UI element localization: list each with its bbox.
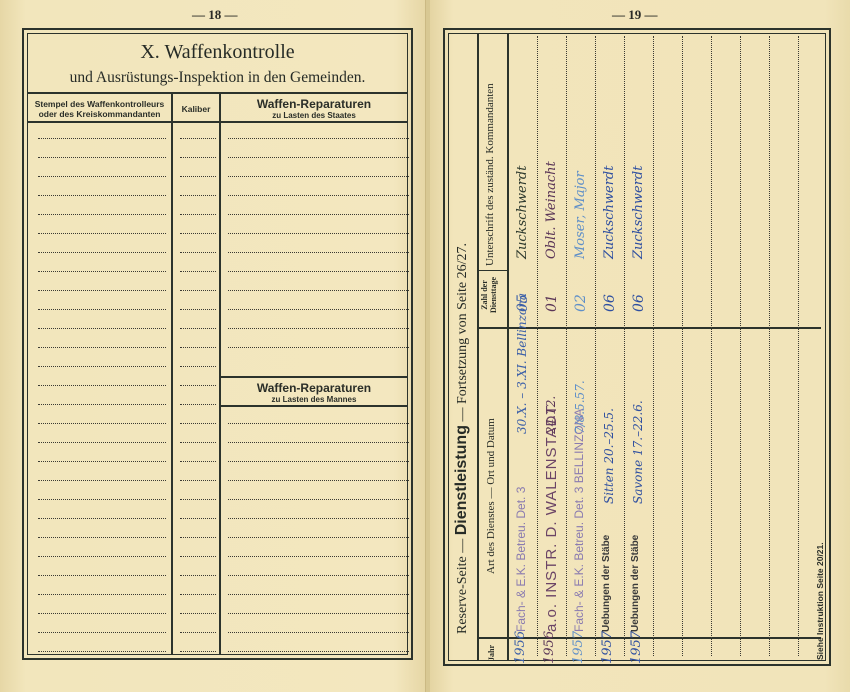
entry-signature: Zuckschwerdt: [602, 166, 617, 259]
dotted-line: [38, 366, 166, 367]
dotted-column-line: [769, 36, 770, 656]
entry-signature: Moser, Major: [573, 171, 588, 259]
dotted-line: [228, 518, 409, 519]
entry-place-date: Savone 17.–22.6.: [631, 400, 645, 504]
dotted-line: [180, 556, 216, 557]
dotted-column-line: [711, 36, 712, 656]
dotted-line: [228, 309, 409, 310]
dotted-line: [180, 214, 216, 215]
column-header-repairs-man: Waffen-Reparaturen zu Lasten des Mannes: [221, 381, 407, 405]
entry-place-date: 24.12.: [544, 396, 558, 434]
book-gutter: [425, 0, 430, 692]
dotted-line: [228, 157, 409, 158]
column-header-repairs-state: Waffen-Reparaturen zu Lasten des Staates: [221, 97, 407, 121]
repairs-man-top-rule: [221, 376, 407, 378]
dotted-line: [180, 176, 216, 177]
dotted-line: [38, 252, 166, 253]
page-number-right: — 19 —: [612, 7, 658, 23]
entry-days: 05: [515, 294, 531, 312]
dotted-line: [228, 271, 409, 272]
dotted-line: [38, 461, 166, 462]
dotted-line: [180, 651, 216, 652]
dotted-line: [180, 138, 216, 139]
dotted-line: [180, 499, 216, 500]
dotted-line: [228, 138, 409, 139]
dotted-line: [228, 233, 409, 234]
dotted-line: [228, 651, 409, 652]
service-record-table: Reserve-Seite — Dienstleistung — Fortset…: [443, 28, 831, 666]
column-header-signature: Unterschrift des zuständ. Kommandanten: [484, 83, 496, 266]
dotted-line: [180, 366, 216, 367]
dotted-line: [180, 461, 216, 462]
dotted-line: [38, 233, 166, 234]
column-divider-1: [171, 92, 173, 654]
entry-signature: Zuckschwerdt: [515, 166, 530, 259]
dotted-line: [228, 347, 409, 348]
dotted-line: [228, 499, 409, 500]
dotted-line: [228, 423, 409, 424]
column-header-caliber: Kaliber: [173, 104, 219, 114]
stamp-header-line2: oder des Kreiskommandanten: [28, 109, 171, 119]
dotted-line: [180, 290, 216, 291]
dotted-line: [180, 404, 216, 405]
dotted-column-line: [653, 36, 654, 656]
entry-signature: Zuckschwerdt: [631, 166, 646, 259]
entry-days: 06: [631, 294, 647, 312]
dotted-line: [38, 613, 166, 614]
dotted-line: [180, 537, 216, 538]
dotted-column-line: [595, 36, 596, 656]
column-divider-2: [219, 92, 221, 654]
dotted-line: [38, 404, 166, 405]
dotted-line: [228, 594, 409, 595]
dotted-line: [180, 347, 216, 348]
dotted-line: [38, 176, 166, 177]
days-header-line2: Diensttage: [489, 268, 498, 322]
dotted-line: [228, 176, 409, 177]
service-title: Reserve-Seite — Dienstleistung — Fortset…: [453, 243, 471, 634]
dotted-line: [38, 499, 166, 500]
dotted-line: [180, 233, 216, 234]
column-header-days: Zahl der Diensttage: [480, 268, 498, 322]
column-header-stamp: Stempel des Waffenkontrolleurs oder des …: [28, 99, 171, 119]
section-subtitle: und Ausrüstungs-Inspektion in den Gemein…: [28, 69, 407, 87]
dotted-line: [180, 385, 216, 386]
dotted-column-line: [798, 36, 799, 656]
repairs-man-subtitle: zu Lasten des Mannes: [221, 395, 407, 405]
dotted-line: [180, 632, 216, 633]
entry-service-type: Uebungen der Stäbe: [601, 535, 612, 632]
dotted-line: [38, 632, 166, 633]
header-top-rule: [28, 92, 407, 94]
entry-days: 02: [573, 294, 589, 312]
column-header-service: Art des Dienstes — Ort und Datum: [485, 418, 497, 574]
dotted-line: [38, 214, 166, 215]
dotted-line: [38, 195, 166, 196]
dotted-column-line: [682, 36, 683, 656]
dotted-line: [38, 309, 166, 310]
dotted-line: [38, 556, 166, 557]
dotted-line: [228, 556, 409, 557]
dotted-line: [228, 328, 409, 329]
section-title: X. Waffenkontrolle: [28, 41, 407, 64]
dotted-line: [38, 442, 166, 443]
entry-year: 1957: [629, 631, 644, 664]
dotted-column-line: [566, 36, 567, 656]
entry-year: 1957: [600, 631, 615, 664]
dotted-line: [38, 290, 166, 291]
dotted-line: [38, 651, 166, 652]
dotted-line: [38, 328, 166, 329]
dotted-line: [180, 157, 216, 158]
dotted-line: [228, 575, 409, 576]
title-strip-rule: [477, 34, 479, 660]
column-header-year: Jahr: [487, 645, 496, 661]
stamp-header-line1: Stempel des Waffenkontrolleurs: [28, 99, 171, 109]
entry-place-date: Sitten 20.–25.5.: [602, 408, 616, 504]
dotted-line: [228, 537, 409, 538]
title-main: Dienstleistung: [453, 425, 470, 535]
dotted-line: [228, 632, 409, 633]
entry-place-date: 30.X. – 3.XI. Bellinzona: [515, 293, 529, 434]
entry-signature: Oblt. Weinacht: [544, 161, 559, 259]
dotted-line: [228, 195, 409, 196]
dotted-line: [180, 480, 216, 481]
dotted-line: [180, 309, 216, 310]
footnote-instruction: Siehe Instruktion Seite 20/21.: [815, 542, 825, 660]
dotted-line: [38, 594, 166, 595]
dotted-line: [38, 575, 166, 576]
dotted-line: [38, 537, 166, 538]
repairs-state-title: Waffen-Reparaturen: [221, 97, 407, 111]
entry-year: 1956: [542, 631, 557, 664]
entry-service-type: Uebungen der Stäbe: [630, 535, 641, 632]
repairs-man-bottom-rule: [221, 405, 407, 407]
dotted-line: [38, 347, 166, 348]
entry-year: 1956: [513, 631, 528, 664]
dotted-line: [180, 594, 216, 595]
dotted-line: [180, 613, 216, 614]
dotted-line: [180, 518, 216, 519]
inner-border: Reserve-Seite — Dienstleistung — Fortset…: [448, 33, 826, 661]
header-strip-rule: [507, 34, 509, 660]
dotted-line: [38, 518, 166, 519]
entry-service-type: Fach- & E.K. Betreu. Det. 3 BELLINZONA: [572, 409, 586, 632]
dotted-line: [180, 423, 216, 424]
entry-service-type: Fach- & E.K. Betreu. Det. 3: [514, 487, 528, 632]
entry-service-type: a.o. INSTR. D. WALENSTADT: [543, 404, 560, 632]
dotted-line: [180, 442, 216, 443]
days-header-line1: Zahl der: [480, 268, 489, 322]
dotted-line: [228, 290, 409, 291]
dotted-line: [180, 328, 216, 329]
dotted-line: [228, 461, 409, 462]
entry-year: 1957: [571, 631, 586, 664]
dotted-column-line: [537, 36, 538, 656]
dotted-line: [180, 575, 216, 576]
dotted-line: [228, 442, 409, 443]
header-bottom-rule: [28, 121, 407, 123]
weapon-control-table: X. Waffenkontrolle und Ausrüstungs-Inspe…: [22, 28, 413, 660]
repairs-state-subtitle: zu Lasten des Staates: [221, 111, 407, 121]
entry-days: 06: [602, 294, 618, 312]
dotted-column-line: [624, 36, 625, 656]
dotted-line: [38, 423, 166, 424]
repairs-man-title: Waffen-Reparaturen: [221, 381, 407, 395]
title-prefix: Reserve-Seite —: [455, 539, 470, 634]
dotted-line: [228, 252, 409, 253]
dotted-line: [180, 195, 216, 196]
dotted-line: [38, 157, 166, 158]
dotted-line: [180, 271, 216, 272]
dotted-line: [228, 613, 409, 614]
dotted-line: [38, 480, 166, 481]
dotted-column-line: [740, 36, 741, 656]
inner-border: X. Waffenkontrolle und Ausrüstungs-Inspe…: [27, 33, 408, 655]
dotted-line: [38, 271, 166, 272]
entry-place-date: 7/8.5.57.: [573, 380, 587, 434]
page-number-left: — 18 —: [192, 7, 238, 23]
dotted-line: [180, 252, 216, 253]
dotted-line: [38, 138, 166, 139]
dotted-line: [228, 214, 409, 215]
entry-days: 01: [544, 294, 560, 312]
dotted-line: [38, 385, 166, 386]
title-suffix: — Fortsetzung von Seite 26/27.: [455, 243, 470, 422]
dotted-line: [228, 480, 409, 481]
